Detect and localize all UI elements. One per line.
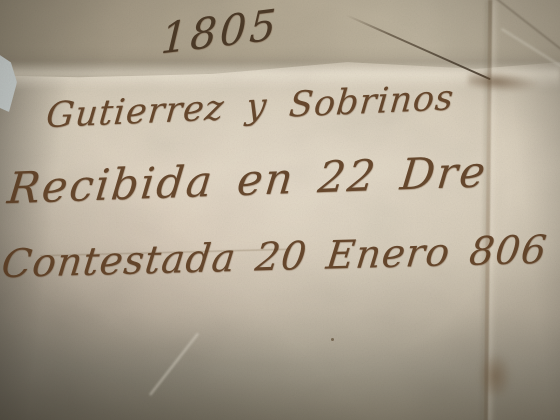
manuscript-photo: 1805 Gutierrez y Sobrinos Recibida en 22… xyxy=(0,0,560,420)
bottom-right-stain xyxy=(478,352,512,396)
ink-speck xyxy=(331,338,334,341)
